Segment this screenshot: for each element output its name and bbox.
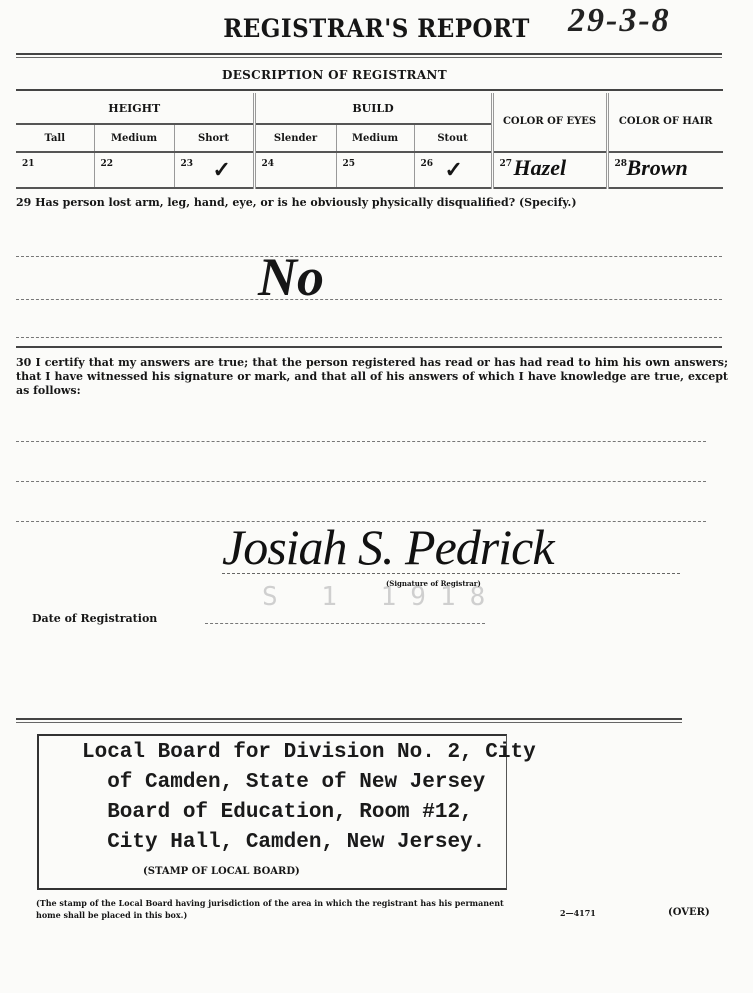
stamp-footnote: (The stamp of the Local Board having jur… [36, 897, 506, 921]
answer-line [16, 337, 722, 338]
answer-line [16, 481, 706, 482]
col-short: Short [174, 124, 254, 152]
build-group-header: BUILD [254, 93, 492, 124]
col-medium-build: Medium [336, 124, 414, 152]
stamp-label: (STAMP OF LOCAL BOARD) [143, 866, 300, 877]
eye-color-value: Hazel [514, 155, 567, 181]
divider [16, 722, 682, 723]
cell-tall: 21 [16, 152, 94, 188]
checkmark-icon: ✓ [445, 157, 463, 183]
date-of-registration-field [205, 623, 485, 624]
cell-stout: 26✓ [414, 152, 492, 188]
cell-medium-build: 25 [336, 152, 414, 188]
col-stout: Stout [414, 124, 492, 152]
eyes-header: COLOR OF EYES [492, 93, 607, 152]
date-of-registration-label: Date of Registration [32, 612, 157, 625]
cell-eye-color: 27Hazel [492, 152, 607, 188]
signature-label: (Signature of Registrar) [386, 579, 481, 588]
divider [16, 53, 722, 55]
hair-header: COLOR OF HAIR [607, 93, 723, 152]
divider [16, 718, 682, 720]
col-slender: Slender [254, 124, 336, 152]
height-group-header: HEIGHT [16, 93, 254, 124]
hair-color-value: Brown [627, 155, 688, 181]
serial-number: 29-3-8 [568, 2, 671, 40]
question-30: 30 I certify that my answers are true; t… [16, 356, 728, 398]
cell-hair-color: 28Brown [607, 152, 723, 188]
divider [16, 89, 723, 91]
section-title: DESCRIPTION OF REGISTRANT [222, 68, 447, 82]
divider [16, 346, 722, 348]
registrar-signature: Josiah S. Pedrick [222, 518, 554, 576]
divider [16, 57, 722, 58]
answer-line [16, 256, 722, 257]
answer-line [16, 441, 706, 442]
signature-line [222, 573, 680, 574]
cell-medium-height: 22 [94, 152, 174, 188]
question-29: 29 Has person lost arm, leg, hand, eye, … [16, 196, 728, 209]
cell-short: 23✓ [174, 152, 254, 188]
answer-line [16, 299, 722, 300]
over-indicator: (OVER) [668, 907, 710, 918]
col-tall: Tall [16, 124, 94, 152]
description-table: HEIGHT BUILD COLOR OF EYES COLOR OF HAIR… [16, 93, 723, 189]
checkmark-icon: ✓ [213, 157, 231, 183]
cell-slender: 24 [254, 152, 336, 188]
col-medium-height: Medium [94, 124, 174, 152]
form-number: 2—4171 [560, 908, 596, 918]
local-board-stamp: Local Board for Division No. 2, City of … [82, 738, 536, 858]
